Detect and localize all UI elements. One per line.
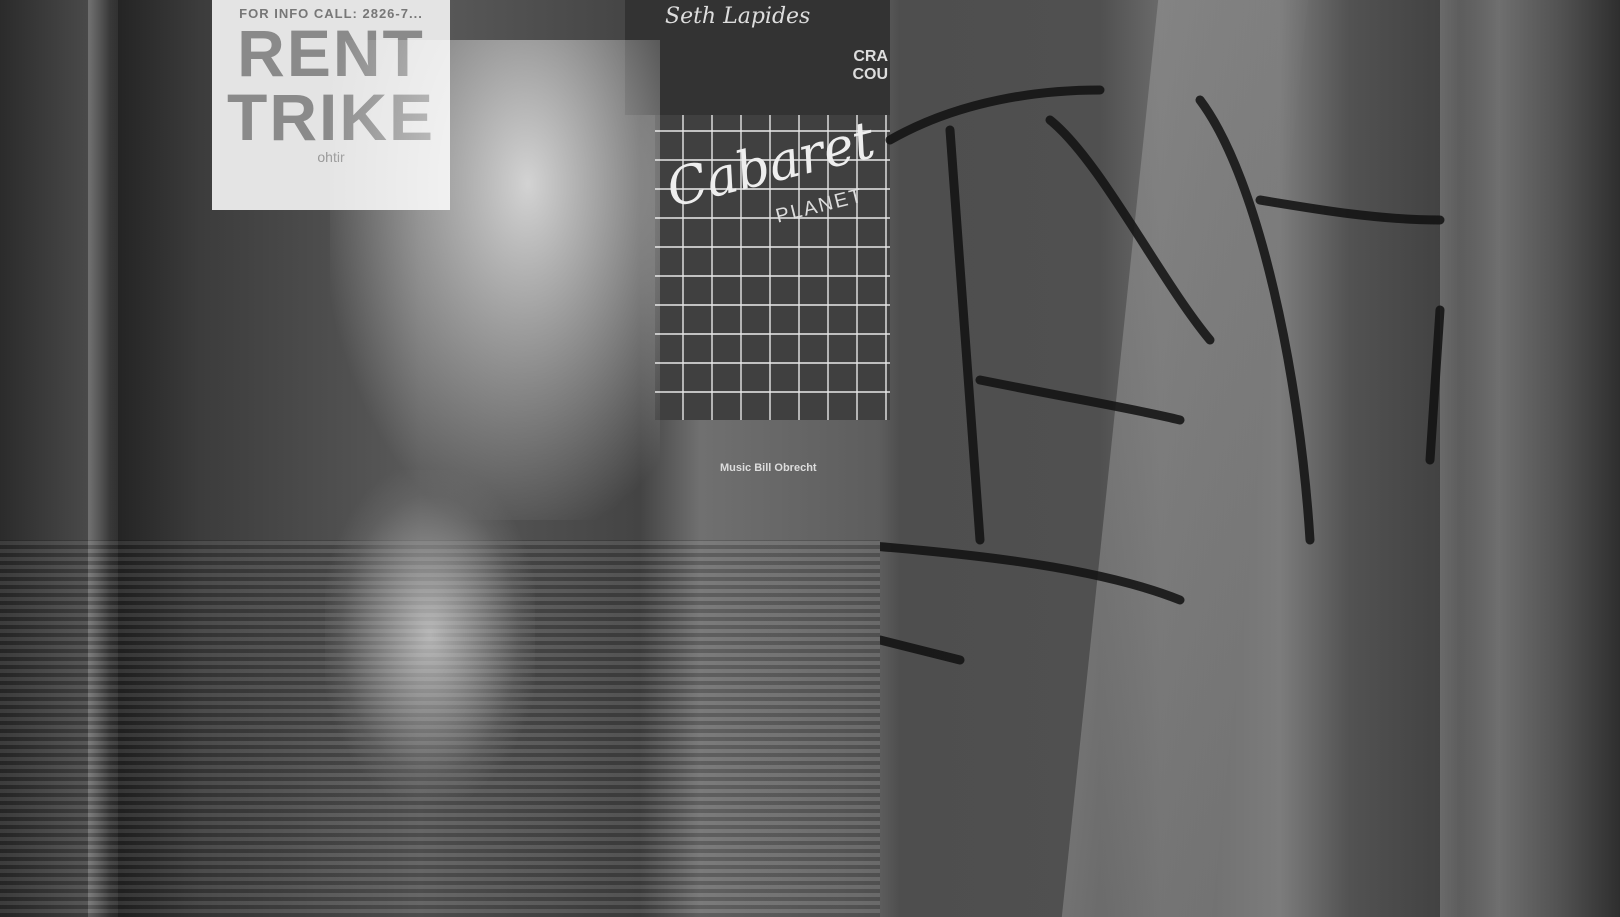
poster-corner-text: CRA COU (852, 48, 888, 84)
poster-signature: Seth Lapides (665, 4, 810, 29)
top-poster: Seth Lapides CRA COU (625, 0, 890, 115)
corner-text-1: CRA (852, 48, 888, 66)
photograph: FOR INFO CALL: 2826-7... RENT TRIKE ohti… (0, 0, 1620, 917)
graffiti-tag (880, 80, 1480, 700)
cabaret-credit: Music Bill Obrecht (720, 462, 817, 474)
ghost-figure-overlay (330, 40, 660, 520)
chalk-figure (325, 470, 535, 800)
cabaret-poster: Cabaret PLANET (655, 115, 890, 420)
